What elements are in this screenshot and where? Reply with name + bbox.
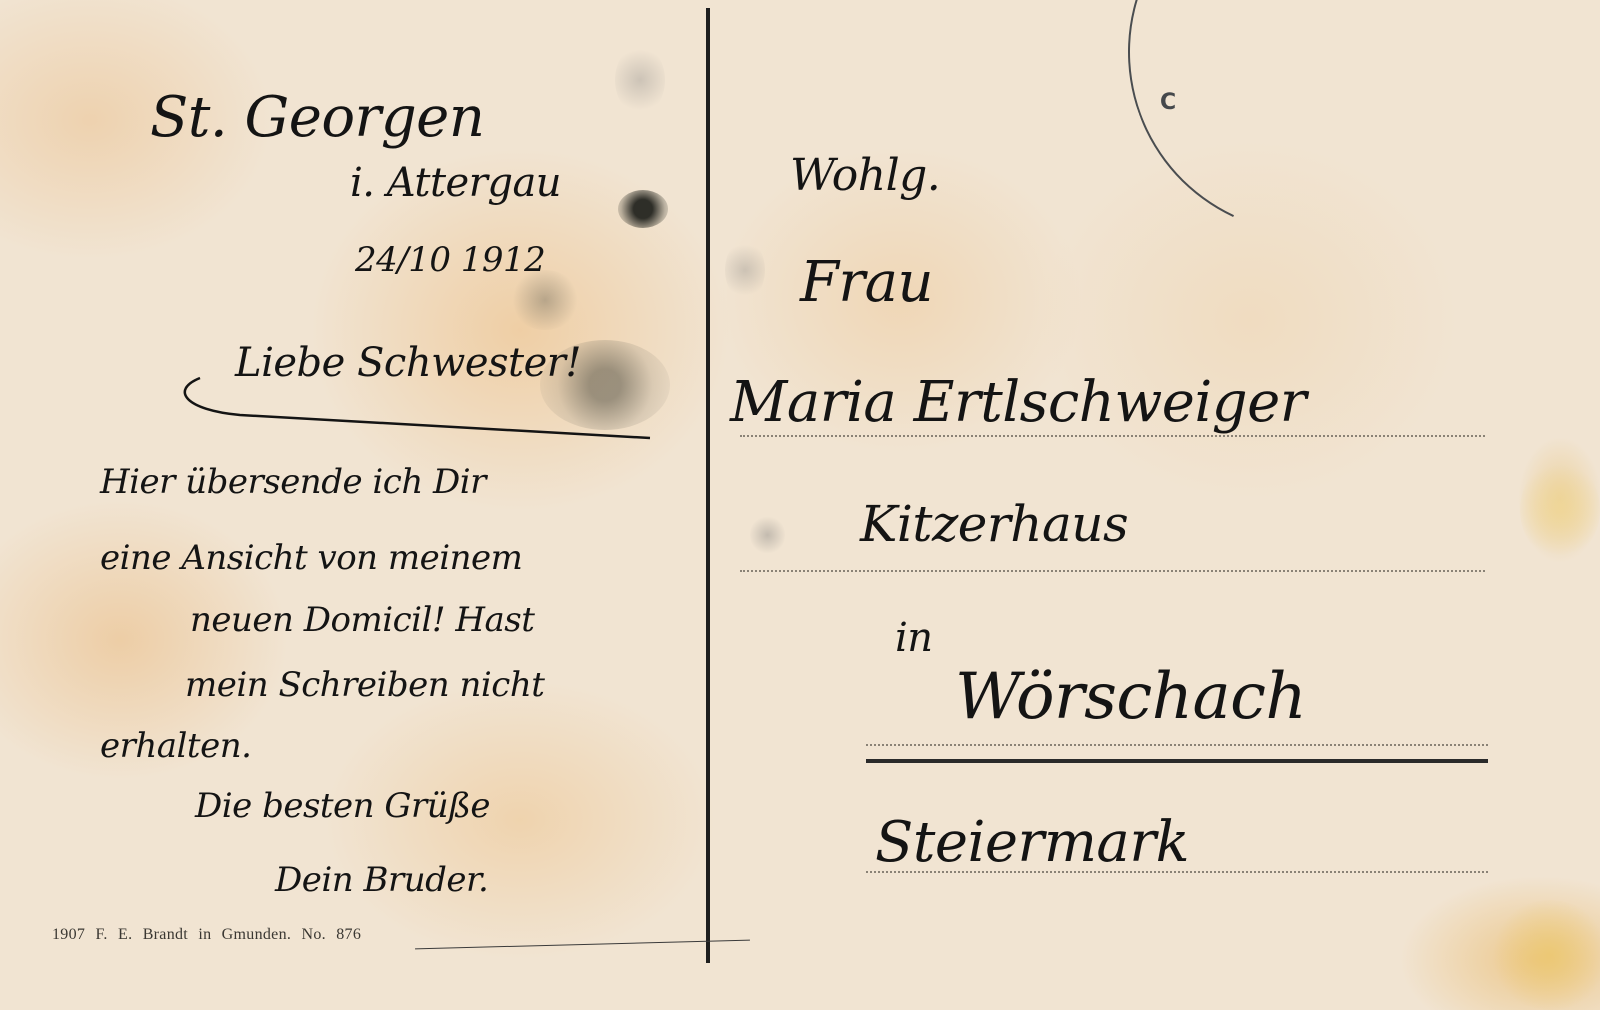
salutation-underline	[180, 370, 660, 440]
date: 24/10 1912	[355, 240, 545, 280]
address-line-1	[740, 435, 1485, 437]
postcard-back: C St. Georgen i. Attergau 24/10 1912 Lie…	[0, 0, 1600, 1010]
address-title: Frau	[800, 250, 933, 315]
body-line-5: erhalten.	[100, 726, 251, 766]
signature: Dein Bruder.	[275, 860, 488, 900]
postmark-circle	[1077, 0, 1544, 285]
address-street: Kitzerhaus	[860, 495, 1128, 553]
body-line-2: eine Ansicht von meinem	[100, 538, 522, 578]
recipient-name: Maria Ertlschweiger	[730, 370, 1306, 435]
body-line-4: mein Schreiben nicht	[185, 665, 544, 705]
postmark-text: C	[1160, 90, 1176, 115]
grey-stain	[615, 45, 665, 115]
place-line-2: i. Attergau	[350, 160, 561, 206]
publisher-imprint: 1907 F. E. Brandt in Gmunden. No. 876	[52, 926, 361, 944]
address-region: Steiermark	[875, 810, 1189, 875]
town-prefix: in	[895, 615, 933, 661]
address-prefix: Wohlg.	[790, 150, 940, 201]
address-solid-rule	[866, 759, 1488, 763]
body-line-1: Hier übersende ich Dir	[100, 462, 486, 502]
place-line-1: St. Georgen	[150, 85, 484, 150]
edge-wear	[1520, 460, 1600, 560]
vertical-divider	[706, 8, 710, 963]
address-line-4	[866, 871, 1488, 873]
address-line-3	[866, 744, 1488, 746]
address-town: Wörschach	[955, 660, 1306, 734]
grey-stain	[750, 515, 785, 555]
corner-wear	[1490, 900, 1600, 1010]
grey-stain	[725, 240, 765, 300]
closing: Die besten Grüße	[195, 786, 490, 826]
ink-blot	[618, 190, 668, 228]
signature-underline	[415, 940, 750, 950]
address-line-2	[740, 570, 1485, 572]
body-line-3: neuen Domicil! Hast	[190, 600, 534, 640]
